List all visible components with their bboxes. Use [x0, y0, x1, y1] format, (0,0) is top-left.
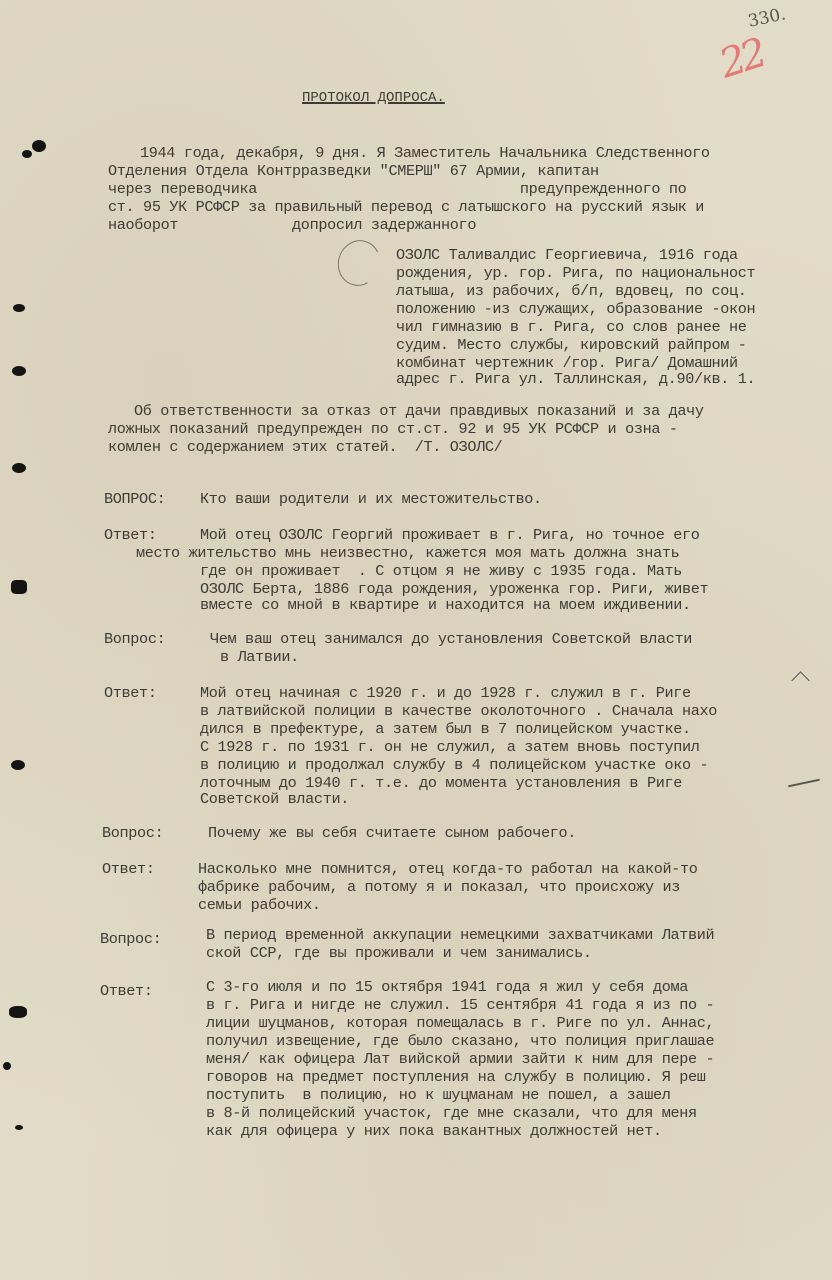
intro-line: 1944 года, декабря, 9 дня. Я Заместитель… — [140, 144, 710, 162]
answer-label: Ответ: — [104, 526, 157, 544]
answer-text: в 8-й полицейский участок, где мне сказа… — [206, 1104, 697, 1122]
binding-hole-mark — [11, 760, 25, 770]
handwritten-caret-mark — [791, 671, 809, 689]
question-text: в Латвии. — [220, 648, 299, 666]
answer-text: меня/ как офицера Лат вийской армии зайт… — [206, 1050, 714, 1068]
binding-hole-mark — [12, 366, 26, 376]
binding-hole-mark — [3, 1062, 11, 1070]
intro-line: Отделения Отдела Контрразведки "СМЕРШ" 6… — [108, 162, 599, 180]
red-page-number: 22 — [714, 30, 769, 87]
folio-number: 330. — [746, 4, 787, 31]
answer-text: говоров на предмет поступления на службу… — [206, 1068, 706, 1086]
question-text: Чем ваш отец занимался до установления С… — [210, 630, 692, 648]
intro-line: наоборот допросил задержанного — [108, 216, 476, 234]
answer-text: вместе со мной в квартире и находится на… — [200, 596, 691, 614]
answer-text: поступить в полицию, но к шуцманам не по… — [206, 1086, 671, 1104]
question-label: Вопрос: — [104, 630, 165, 648]
detainee-line: адрес г. Рига ул. Таллинская, д.90/кв. 1… — [396, 370, 755, 388]
binding-hole-mark — [22, 150, 32, 158]
question-label: Вопрос: — [100, 930, 161, 948]
binding-hole-mark — [12, 463, 26, 473]
answer-text: место жительство мнь неизвестно, кажется… — [136, 544, 679, 562]
detainee-line: ОЗОЛС Таливалдис Георгиевича, 1916 года — [396, 246, 738, 264]
answer-text: С 1928 г. по 1931 г. он не служил, а зат… — [200, 738, 700, 756]
detainee-line: положению -из служащих, образование -око… — [396, 300, 755, 318]
question-text: ской ССР, где вы проживали и чем занимал… — [206, 944, 592, 962]
question-text: Почему же вы себя считаете сыном рабочег… — [208, 824, 576, 842]
binding-hole-mark — [11, 580, 27, 594]
question-label: ВОПРОС: — [104, 490, 165, 508]
document-page: 330. 22 ПРОТОКОЛ ДОПРОСА. 1944 года, дек… — [0, 0, 832, 1280]
binding-hole-mark — [32, 140, 46, 152]
question-text: В период временной аккупации немецкими з… — [206, 926, 714, 944]
answer-text: Советской власти. — [200, 790, 349, 808]
answer-text: Мой отец начиная с 1920 г. и до 1928 г. … — [200, 684, 691, 702]
question-text: Кто ваши родители и их местожительство. — [200, 490, 542, 508]
answer-text: получил извещение, где было сказано, что… — [206, 1032, 714, 1050]
answer-text: лиции шуцманов, которая помещалась в г. … — [206, 1014, 714, 1032]
answer-text: Насколько мне помнится, отец когда-то ра… — [198, 860, 698, 878]
answer-text: фабрике рабочим, а потому я и показал, ч… — [198, 878, 680, 896]
answer-text: в латвийской полиции в качестве околоточ… — [200, 702, 717, 720]
answer-text: дился в префектуре, а затем был в 7 поли… — [200, 720, 691, 738]
answer-text: семьи рабочих. — [198, 896, 321, 914]
answer-label: Ответ: — [100, 982, 153, 1000]
binding-hole-mark — [15, 1125, 23, 1130]
answer-label: Ответ: — [102, 860, 155, 878]
handwritten-dash-mark — [788, 779, 820, 788]
answer-text: где он проживает . С отцом я не живу с 1… — [200, 562, 682, 580]
answer-text: в полицию и продолжал службу в 4 полицей… — [200, 756, 708, 774]
intro-line: ст. 95 УК РСФСР за правильный перевод с … — [108, 198, 704, 216]
binding-hole-mark — [9, 1006, 27, 1018]
handwritten-circle-mark — [332, 235, 386, 292]
detainee-line: судим. Место службы, кировский райпром - — [396, 336, 747, 354]
intro-line: через переводчика предупрежденного по — [108, 180, 686, 198]
detainee-line: латыша, из рабочих, б/п, вдовец, по соц. — [396, 282, 747, 300]
detainee-line: рождения, ур. гор. Рига, по национальнос… — [396, 264, 755, 282]
answer-text: С 3-го июля и по 15 октября 1941 года я … — [206, 978, 688, 996]
warning-line: Об ответственности за отказ от дачи прав… — [134, 402, 704, 420]
answer-label: Ответ: — [104, 684, 157, 702]
binding-hole-mark — [13, 304, 25, 312]
warning-line: ложных показаний предупрежден по ст.ст. … — [108, 420, 678, 438]
detainee-line: чил гимназию в г. Рига, со слов ранее не — [396, 318, 747, 336]
answer-text: Мой отец ОЗОЛС Георгий проживает в г. Ри… — [200, 526, 700, 544]
question-label: Вопрос: — [102, 824, 163, 842]
document-title: ПРОТОКОЛ ДОПРОСА. — [302, 90, 445, 106]
answer-text: в г. Рига и нигде не служил. 15 сентября… — [206, 996, 714, 1014]
answer-text: как для офицера у них пока вакантных дол… — [206, 1122, 662, 1140]
warning-line: комлен с содержанием этих статей. /Т. ОЗ… — [108, 438, 502, 456]
